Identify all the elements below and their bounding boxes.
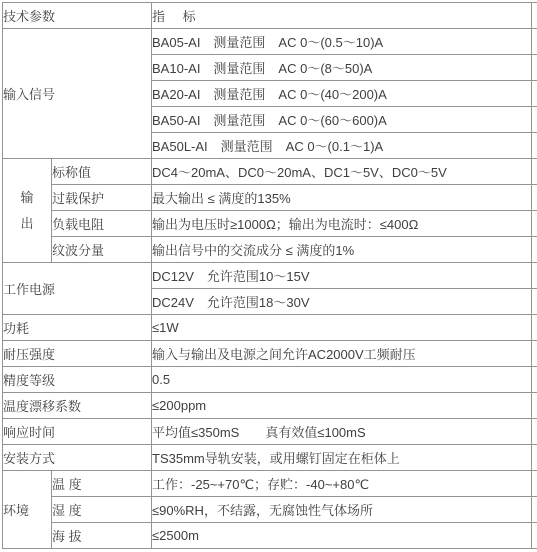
mounting-value: TS35mm导轨安装，或用螺钉固定在柜体上 bbox=[152, 445, 532, 471]
output-sublabel-nominal: 标称值 bbox=[52, 159, 152, 185]
table-edge-spacer bbox=[532, 497, 537, 523]
withstand-voltage-value: 输入与输出及电源之间允许AC2000V工频耐压 bbox=[152, 341, 532, 367]
table-edge-spacer bbox=[532, 367, 537, 393]
table-row: 功耗 ≤1W bbox=[3, 315, 537, 341]
table-row: 输 出 标称值 DC4～20mA、DC0～20mA、DC1～5V、DC0～5V bbox=[3, 159, 537, 185]
table-edge-spacer bbox=[532, 211, 537, 237]
table-edge-spacer bbox=[532, 263, 537, 289]
environment-sublabel-altitude: 海 拔 bbox=[52, 523, 152, 549]
table-row: 湿 度 ≤90%RH，不结露，无腐蚀性气体场所 bbox=[3, 497, 537, 523]
environment-altitude-value: ≤2500m bbox=[152, 523, 532, 549]
row-label-output: 输 出 bbox=[3, 159, 52, 263]
output-value-nominal: DC4～20mA、DC0～20mA、DC1～5V、DC0～5V bbox=[152, 159, 532, 185]
table-row: 过载保护 最大输出 ≤ 满度的135% bbox=[3, 185, 537, 211]
output-sublabel-overload: 过载保护 bbox=[52, 185, 152, 211]
table-edge-spacer bbox=[532, 107, 537, 133]
temp-drift-value: ≤200ppm bbox=[152, 393, 532, 419]
input-signal-range-ba20: BA20-AI 测量范围 AC 0～(40～200)A bbox=[152, 81, 532, 107]
table-row: 安装方式 TS35mm导轨安装，或用螺钉固定在柜体上 bbox=[3, 445, 537, 471]
environment-humidity-value: ≤90%RH，不结露，无腐蚀性气体场所 bbox=[152, 497, 532, 523]
output-sublabel-ripple: 纹波分量 bbox=[52, 237, 152, 263]
table-edge-spacer bbox=[532, 341, 537, 367]
environment-sublabel-temperature: 温 度 bbox=[52, 471, 152, 497]
table-edge-spacer bbox=[532, 3, 537, 29]
header-param-label: 技术参数 bbox=[3, 3, 152, 29]
output-value-overload: 最大输出 ≤ 满度的135% bbox=[152, 185, 532, 211]
row-label-accuracy-class: 精度等级 bbox=[3, 367, 152, 393]
table-edge-spacer bbox=[532, 185, 537, 211]
header-indicator-label: 指 标 bbox=[152, 3, 532, 29]
spec-table: 技术参数 指 标 输入信号 BA05-AI 测量范围 AC 0～(0.5～10)… bbox=[2, 2, 537, 549]
row-label-mounting: 安装方式 bbox=[3, 445, 152, 471]
table-edge-spacer bbox=[532, 523, 537, 549]
table-edge-spacer bbox=[532, 393, 537, 419]
output-value-ripple: 输出信号中的交流成分 ≤ 满度的1% bbox=[152, 237, 532, 263]
accuracy-class-value: 0.5 bbox=[152, 367, 532, 393]
table-edge-spacer bbox=[532, 471, 537, 497]
power-supply-dc12v: DC12V 允许范围10～15V bbox=[152, 263, 532, 289]
table-row: 海 拔 ≤2500m bbox=[3, 523, 537, 549]
table-edge-spacer bbox=[532, 159, 537, 185]
environment-temperature-value: 工作：-25~+70℃；存贮：-40~+80℃ bbox=[152, 471, 532, 497]
row-label-power-consumption: 功耗 bbox=[3, 315, 152, 341]
table-edge-spacer bbox=[532, 55, 537, 81]
row-label-withstand-voltage: 耐压强度 bbox=[3, 341, 152, 367]
output-value-load-resistance: 输出为电压时≥1000Ω；输出为电流时：≤400Ω bbox=[152, 211, 532, 237]
table-edge-spacer bbox=[532, 315, 537, 341]
table-edge-spacer bbox=[532, 237, 537, 263]
input-signal-range-ba10: BA10-AI 测量范围 AC 0～(8～50)A bbox=[152, 55, 532, 81]
table-edge-spacer bbox=[532, 29, 537, 55]
table-edge-spacer bbox=[532, 419, 537, 445]
environment-sublabel-humidity: 湿 度 bbox=[52, 497, 152, 523]
table-row: 纹波分量 输出信号中的交流成分 ≤ 满度的1% bbox=[3, 237, 537, 263]
row-label-power-supply: 工作电源 bbox=[3, 263, 152, 315]
table-edge-spacer bbox=[532, 81, 537, 107]
table-edge-spacer bbox=[532, 289, 537, 315]
power-consumption-value: ≤1W bbox=[152, 315, 532, 341]
row-label-input-signal: 输入信号 bbox=[3, 29, 152, 159]
table-row: 输入信号 BA05-AI 测量范围 AC 0～(0.5～10)A bbox=[3, 29, 537, 55]
table-edge-spacer bbox=[532, 133, 537, 159]
output-sublabel-load-resistance: 负载电阻 bbox=[52, 211, 152, 237]
table-row: 工作电源 DC12V 允许范围10～15V bbox=[3, 263, 537, 289]
table-row: 精度等级 0.5 bbox=[3, 367, 537, 393]
row-label-temp-drift: 温度漂移系数 bbox=[3, 393, 152, 419]
input-signal-range-ba50: BA50-AI 测量范围 AC 0～(60～600)A bbox=[152, 107, 532, 133]
response-time-value: 平均值≤350mS 真有效值≤100mS bbox=[152, 419, 532, 445]
power-supply-dc24v: DC24V 允许范围18～30V bbox=[152, 289, 532, 315]
table-row: 负载电阻 输出为电压时≥1000Ω；输出为电流时：≤400Ω bbox=[3, 211, 537, 237]
input-signal-range-ba05: BA05-AI 测量范围 AC 0～(0.5～10)A bbox=[152, 29, 532, 55]
table-row: 温度漂移系数 ≤200ppm bbox=[3, 393, 537, 419]
input-signal-range-ba50l: BA50L-AI 测量范围 AC 0～(0.1～1)A bbox=[152, 133, 532, 159]
table-row: 响应时间 平均值≤350mS 真有效值≤100mS bbox=[3, 419, 537, 445]
table-row: 环境 温 度 工作：-25~+70℃；存贮：-40~+80℃ bbox=[3, 471, 537, 497]
table-edge-spacer bbox=[532, 445, 537, 471]
table-row: 耐压强度 输入与输出及电源之间允许AC2000V工频耐压 bbox=[3, 341, 537, 367]
row-label-environment: 环境 bbox=[3, 471, 52, 549]
table-row-header: 技术参数 指 标 bbox=[3, 3, 537, 29]
row-label-response-time: 响应时间 bbox=[3, 419, 152, 445]
